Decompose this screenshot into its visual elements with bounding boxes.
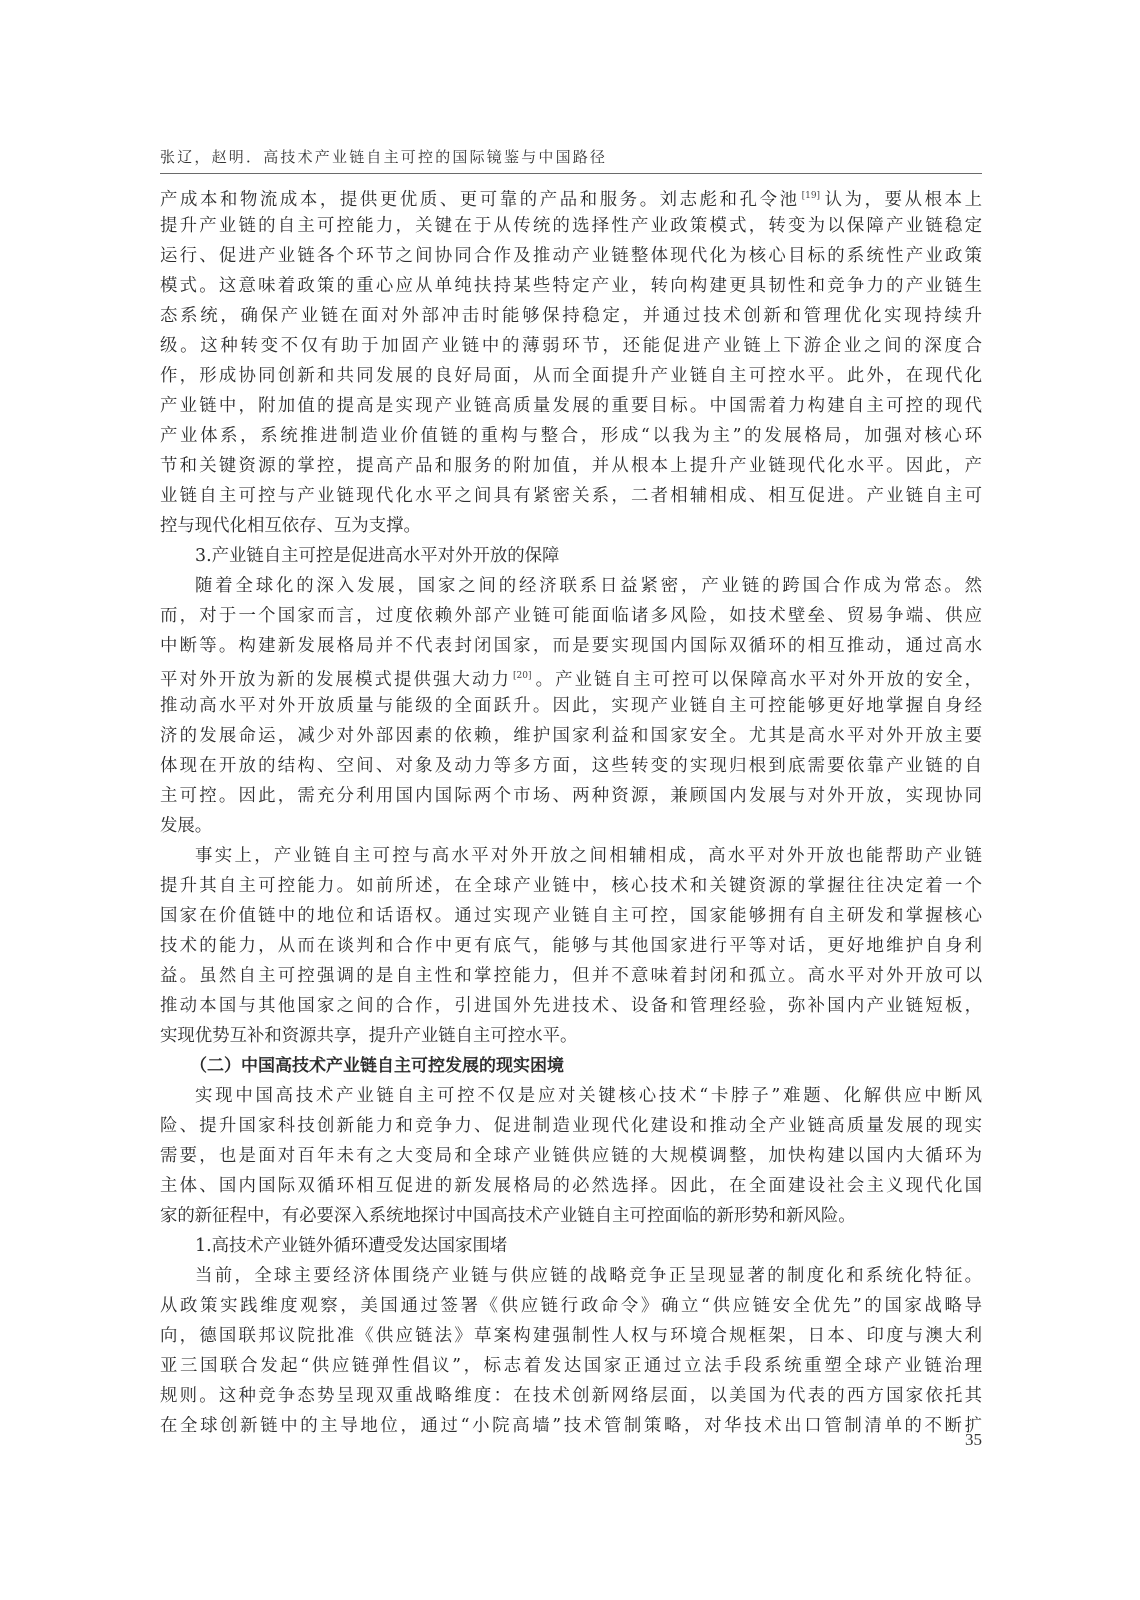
text-line: 体现在开放的结构、空间、对象及动力等多方面，这些转变的实现归根到底需要依靠产业链… bbox=[160, 751, 982, 781]
text-line: 规则。这种竞争态势呈现双重战略维度：在技术创新网络层面，以美国为代表的西方国家依… bbox=[160, 1381, 982, 1411]
citation-19: [19] bbox=[802, 191, 820, 201]
section-heading-2: （二）中国高技术产业链自主可控发展的现实困境 bbox=[160, 1051, 982, 1081]
subsection-heading-3: 3.产业链自主可控是促进高水平对外开放的保障 bbox=[160, 541, 982, 571]
text-line: 推动高水平对外开放质量与能级的全面跃升。因此，实现产业链自主可控能够更好地掌握自… bbox=[160, 691, 982, 721]
text-line: 推动本国与其他国家之间的合作，引进国外先进技术、设备和管理经验，弥补国内产业链短… bbox=[160, 991, 982, 1021]
text-line: 向，德国联邦议院批准《供应链法》草案构建强制性人权与环境合规框架，日本、印度与澳… bbox=[160, 1321, 982, 1351]
text-line: 技术的能力，从而在谈判和合作中更有底气，能够与其他国家进行平等对话，更好地维护自… bbox=[160, 931, 982, 961]
text-line: 平对外开放为新的发展模式提供强大动力[20]。产业链自主可控可以保障高水平对外开… bbox=[160, 661, 982, 691]
text-line: 产成本和物流成本，提供更优质、更可靠的产品和服务。刘志彪和孔令池[19]认为，要… bbox=[160, 181, 982, 211]
text-line: 益。虽然自主可控强调的是自主性和掌控能力，但并不意味着封闭和孤立。高水平对外开放… bbox=[160, 961, 982, 991]
running-header: 张辽，赵明．高技术产业链自主可控的国际镜鉴与中国路径 bbox=[160, 146, 982, 174]
text-line: 主可控。因此，需充分利用国内国际两个市场、两种资源，兼顾国内发展与对外开放，实现… bbox=[160, 781, 982, 811]
text-line: 当前，全球主要经济体围绕产业链与供应链的战略竞争正呈现显著的制度化和系统化特征。 bbox=[160, 1261, 982, 1291]
text-line: 提升产业链的自主可控能力，关键在于从传统的选择性产业政策模式，转变为以保障产业链… bbox=[160, 211, 982, 241]
citation-20: [20] bbox=[513, 671, 531, 681]
page-number: 35 bbox=[940, 1430, 982, 1450]
text-line: 产业链中，附加值的提高是实现产业链高质量发展的重要目标。中国需着力构建自主可控的… bbox=[160, 391, 982, 421]
text-line: 发展。 bbox=[160, 811, 982, 841]
text-line: 中断等。构建新发展格局并不代表封闭国家，而是要实现国内国际双循环的相互推动，通过… bbox=[160, 631, 982, 661]
running-title: 张辽，赵明．高技术产业链自主可控的国际镜鉴与中国路径 bbox=[160, 148, 607, 166]
text-line: 从政策实践维度观察，美国通过签署《供应链行政命令》确立“供应链安全优先”的国家战… bbox=[160, 1291, 982, 1321]
text-line: 实现优势互补和资源共享，提升产业链自主可控水平。 bbox=[160, 1021, 982, 1051]
text-line: 运行、促进产业链各个环节之间协同合作及推动产业链整体现代化为核心目标的系统性产业… bbox=[160, 241, 982, 271]
text-line: 在全球创新链中的主导地位，通过“小院高墙”技术管制策略，对华技术出口管制清单的不… bbox=[160, 1411, 982, 1441]
text-line: 控与现代化相互依存、互为支撑。 bbox=[160, 511, 982, 541]
text-line: 亚三国联合发起“供应链弹性倡议”，标志着发达国家正通过立法手段系统重塑全球产业链… bbox=[160, 1351, 982, 1381]
text-line: 而，对于一个国家而言，过度依赖外部产业链可能面临诸多风险，如技术壁垒、贸易争端、… bbox=[160, 601, 982, 631]
text-line: 国家在价值链中的地位和话语权。通过实现产业链自主可控，国家能够拥有自主研发和掌握… bbox=[160, 901, 982, 931]
text-line: 态系统，确保产业链在面对外部冲击时能够保持稳定，并通过技术创新和管理优化实现持续… bbox=[160, 301, 982, 331]
text-line: 济的发展命运，减少对外部因素的依赖，维护国家利益和国家安全。尤其是高水平对外开放… bbox=[160, 721, 982, 751]
text-line: 家的新征程中，有必要深入系统地探讨中国高技术产业链自主可控面临的新形势和新风险。 bbox=[160, 1201, 982, 1231]
text-line: 作，形成协同创新和共同发展的良好局面，从而全面提升产业链自主可控水平。此外，在现… bbox=[160, 361, 982, 391]
text-line: 节和关键资源的掌控，提高产品和服务的附加值，并从根本上提升产业链现代化水平。因此… bbox=[160, 451, 982, 481]
text-line: 随着全球化的深入发展，国家之间的经济联系日益紧密，产业链的跨国合作成为常态。然 bbox=[160, 571, 982, 601]
text-line: 主体、国内国际双循环相互促进的新发展格局的必然选择。因此，在全面建设社会主义现代… bbox=[160, 1171, 982, 1201]
text-line: 险、提升国家科技创新能力和竞争力、促进制造业现代化建设和推动全产业链高质量发展的… bbox=[160, 1111, 982, 1141]
text-line: 模式。这意味着政策的重心应从单纯扶持某些特定产业，转向构建更具韧性和竞争力的产业… bbox=[160, 271, 982, 301]
text-line: 需要，也是面对百年未有之大变局和全球产业链供应链的大规模调整，加快构建以国内大循… bbox=[160, 1141, 982, 1171]
text-line: 事实上，产业链自主可控与高水平对外开放之间相辅相成，高水平对外开放也能帮助产业链 bbox=[160, 841, 982, 871]
text-line: 级。这种转变不仅有助于加固产业链中的薄弱环节，还能促进产业链上下游企业之间的深度… bbox=[160, 331, 982, 361]
article-body: 产成本和物流成本，提供更优质、更可靠的产品和服务。刘志彪和孔令池[19]认为，要… bbox=[160, 181, 982, 1441]
subsection-heading-1: 1.高技术产业链外循环遭受发达国家围堵 bbox=[160, 1231, 982, 1261]
text-line: 业链自主可控与产业链现代化水平之间具有紧密关系，二者相辅相成、相互促进。产业链自… bbox=[160, 481, 982, 511]
text-line: 产业体系，系统推进制造业价值链的重构与整合，形成“以我为主”的发展格局，加强对核… bbox=[160, 421, 982, 451]
text-line: 实现中国高技术产业链自主可控不仅是应对关键核心技术“卡脖子”难题、化解供应中断风 bbox=[160, 1081, 982, 1111]
text-line: 提升其自主可控能力。如前所述，在全球产业链中，核心技术和关键资源的掌握往往决定着… bbox=[160, 871, 982, 901]
